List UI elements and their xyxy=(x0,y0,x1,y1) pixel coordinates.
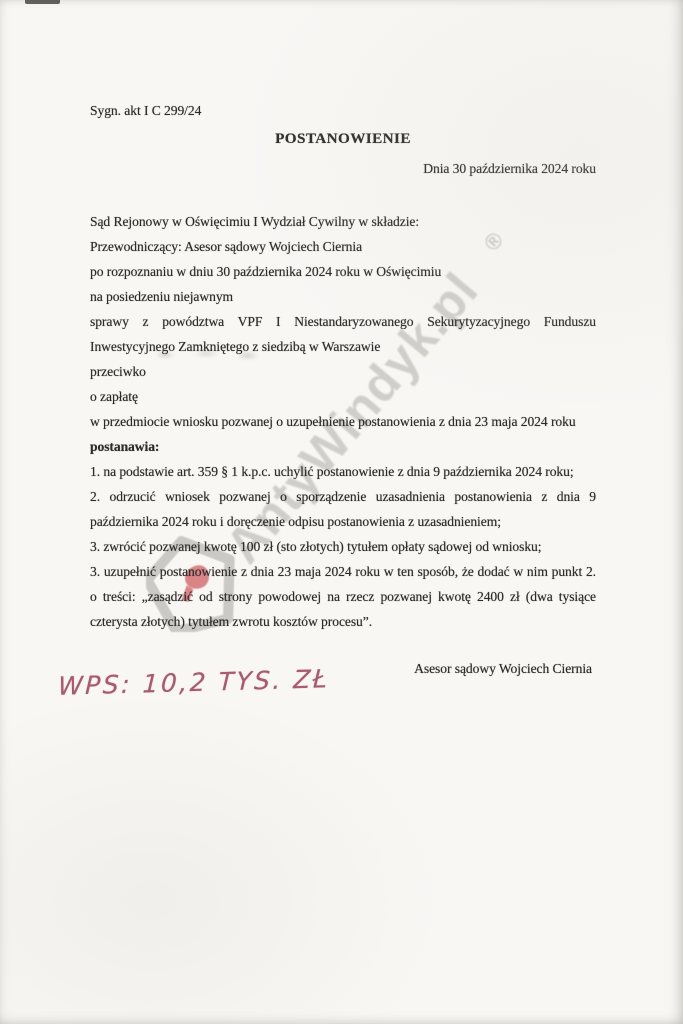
subject-line: o zapłatę xyxy=(90,384,596,409)
document-title: POSTANOWIENIE xyxy=(90,128,596,150)
ruling-item-4: 3. uzupełnić postanowienie z dnia 23 maj… xyxy=(90,559,596,634)
scanned-court-document: AntyWindyk.pl ® Sygn. akt I C 299/24 POS… xyxy=(0,0,683,1024)
session-line: na posiedzeniu niejawnym xyxy=(90,284,596,309)
case-number: Sygn. akt I C 299/24 xyxy=(90,0,596,121)
presiding-line: Przewodniczący: Asesor sądowy Wojciech C… xyxy=(90,234,596,259)
court-line: Sąd Rejonowy w Oświęcimiu I Wydział Cywi… xyxy=(90,209,596,234)
ruling-heading: postanawia: xyxy=(90,434,596,459)
ruling-item-3: 3. zwrócić pozwanej kwotę 100 zł (sto zł… xyxy=(90,534,596,559)
motion-line: w przedmiocie wniosku pozwanej o uzupełn… xyxy=(90,409,596,434)
scan-artifact-mark xyxy=(25,0,60,4)
document-date: Dnia 30 października 2024 roku xyxy=(90,159,596,179)
handwritten-wps-note: WPS: 10,2 TYS. ZŁ xyxy=(57,664,330,701)
against-line: przeciwko xyxy=(90,359,596,384)
document-body: Sygn. akt I C 299/24 POSTANOWIENIE Dnia … xyxy=(90,0,596,681)
claimant-paragraph: sprawy z powództwa VPF I Niestandaryzowa… xyxy=(90,309,596,359)
ruling-item-2: 2. odrzucić wniosek pozwanej o sporządze… xyxy=(90,484,596,534)
ruling-item-1: 1. na podstawie art. 359 § 1 k.p.c. uchy… xyxy=(90,459,596,484)
hearing-line: po rozpoznaniu w dniu 30 października 20… xyxy=(90,259,596,284)
intro-section: Sąd Rejonowy w Oświęcimiu I Wydział Cywi… xyxy=(90,209,596,634)
